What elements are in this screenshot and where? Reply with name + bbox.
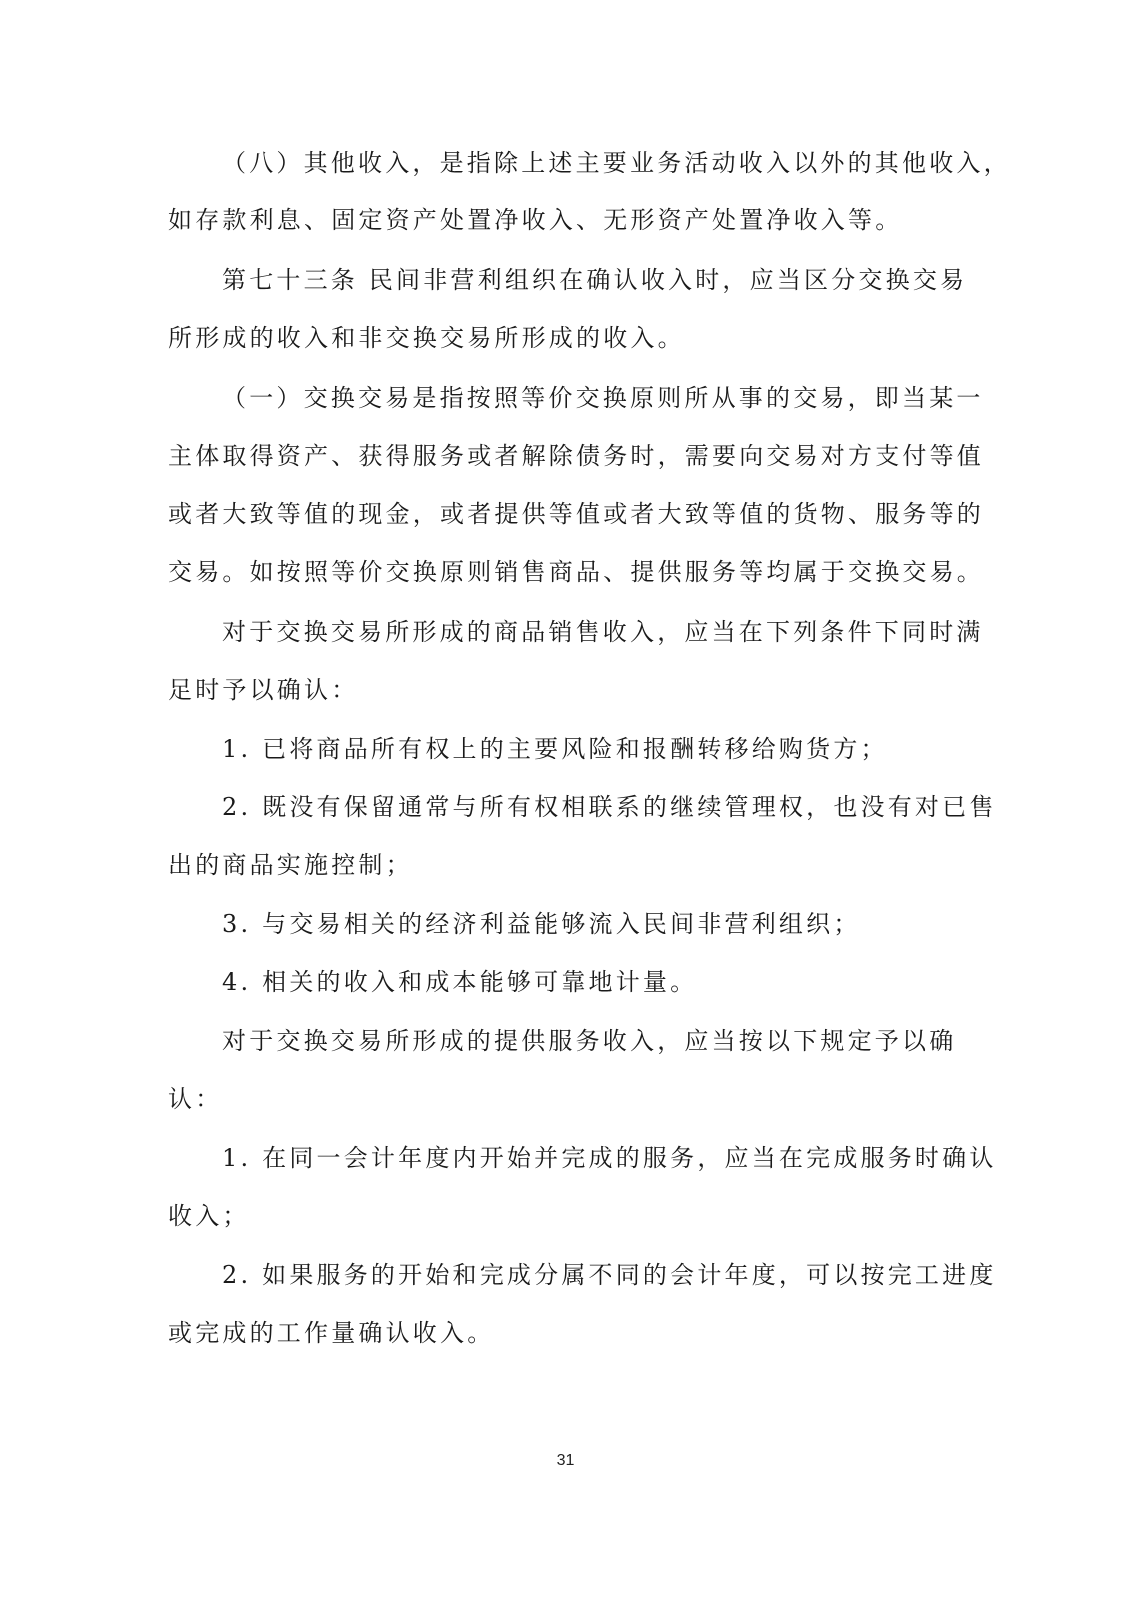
text-line: 如存款利息、固定资产处置净收入、无形资产处置净收入等。 [168,205,902,235]
text-line: 所形成的收入和非交换交易所形成的收入。 [168,323,685,353]
text-line: 2. 既没有保留通常与所有权相联系的继续管理权，也没有对已售 [222,792,997,822]
text-line: 4. 相关的收入和成本能够可靠地计量。 [222,967,697,997]
text-line: 足时予以确认： [168,675,358,705]
text-line: 3. 与交易相关的经济利益能够流入民间非营利组织； [222,909,861,939]
text-line: 1. 已将商品所有权上的主要风险和报酬转移给购货方； [222,734,888,764]
text-line: 交易。如按照等价交换原则销售商品、提供服务等均属于交换交易。 [168,557,984,587]
text-line: 对于交换交易所形成的提供服务收入，应当按以下规定予以确 [222,1026,956,1056]
text-line: 或者大致等值的现金，或者提供等值或者大致等值的货物、服务等的 [168,499,984,529]
text-line: 出的商品实施控制； [168,850,413,880]
text-line: （一）交换交易是指按照等价交换原则所从事的交易，即当某一 [222,383,984,413]
text-line: 或完成的工作量确认收入。 [168,1318,494,1348]
page-number: 31 [0,1452,1131,1470]
text-line: 第七十三条 民间非营利组织在确认收入时，应当区分交换交易 [222,265,967,295]
text-line: 2. 如果服务的开始和完成分属不同的会计年度，可以按完工进度 [222,1260,997,1290]
text-line: 收入； [168,1201,250,1231]
text-line: 认： [168,1084,222,1114]
text-line: 主体取得资产、获得服务或者解除债务时，需要向交易对方支付等值 [168,441,984,471]
document-page: （八）其他收入，是指除上述主要业务活动收入以外的其他收入，如存款利息、固定资产处… [0,0,1131,1600]
text-line: 对于交换交易所形成的商品销售收入，应当在下列条件下同时满 [222,617,984,647]
text-line: 1. 在同一会计年度内开始并完成的服务，应当在完成服务时确认 [222,1143,997,1173]
text-line: （八）其他收入，是指除上述主要业务活动收入以外的其他收入， [222,148,1011,178]
